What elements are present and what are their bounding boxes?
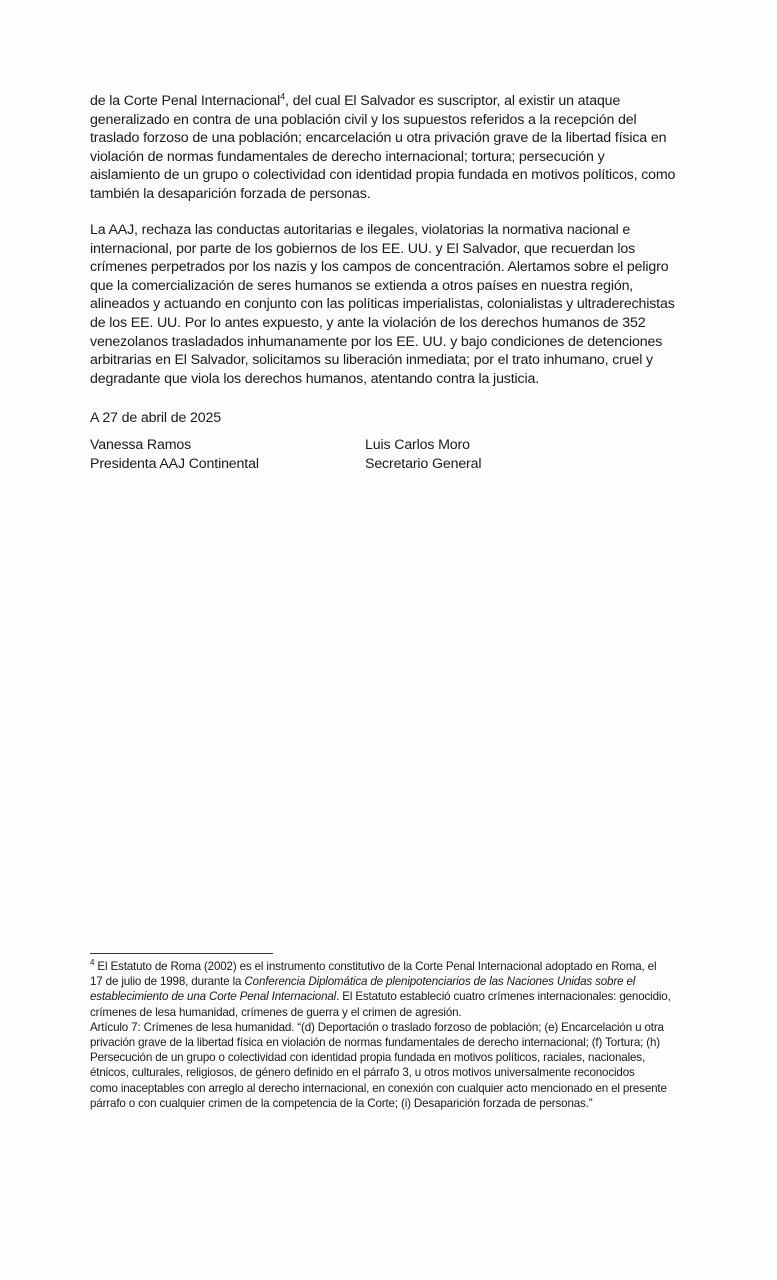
footnote-separator <box>90 953 273 954</box>
footnote-line: establecimiento de una Corte Penal Inter… <box>90 989 710 1004</box>
text-line: traslado forzoso de una población; encar… <box>90 129 710 148</box>
conference-title: Conferencia Diplomática de plenipotencia… <box>244 975 635 988</box>
footnote-article-line: Persecución de un grupo o colectividad c… <box>90 1050 710 1065</box>
text-line: de los EE. UU. Por lo antes expuesto, y … <box>90 314 710 333</box>
paragraph-rome-statute: de la Corte Penal Internacional4, del cu… <box>90 92 710 204</box>
footnote-line: 4 El Estatuto de Roma (2002) es el instr… <box>90 959 710 974</box>
conference-title-cont: establecimiento de una Corte Penal Inter… <box>90 990 336 1003</box>
signatory-title: Presidenta AAJ Continental <box>90 455 259 474</box>
signatory-title: Secretario General <box>365 455 481 474</box>
text-line: crímenes perpetrados por los nazis y los… <box>90 258 710 277</box>
footnote-article-line: privación grave de la libertad física en… <box>90 1035 710 1050</box>
text-line: aislamiento de un grupo o colectividad c… <box>90 166 710 185</box>
footnote-article-line: como inaceptables con arreglo al derecho… <box>90 1081 710 1096</box>
text-line: que la comercialización de seres humanos… <box>90 277 710 296</box>
signatory-name: Vanessa Ramos <box>90 436 259 455</box>
text-line: degradante que viola los derechos humano… <box>90 370 710 389</box>
text-line: generalizado en contra de una población … <box>90 111 710 130</box>
text-line: violación de normas fundamentales de der… <box>90 148 710 167</box>
footnote-article-line: párrafo o con cualquier crimen de la com… <box>90 1096 710 1111</box>
footnote-line: crímenes de lesa humanidad, crímenes de … <box>90 1005 710 1020</box>
footnote-line: 17 de julio de 1998, durante la Conferen… <box>90 974 710 989</box>
footnote-article-line: Artículo 7: Crímenes de lesa humanidad. … <box>90 1020 710 1035</box>
text-line: internacional, por parte de los gobierno… <box>90 240 710 259</box>
text-line: arbitrarias en El Salvador, solicitamos … <box>90 351 710 370</box>
document-page: de la Corte Penal Internacional4, del cu… <box>0 0 777 1280</box>
text-line: alineados y actuando en conjunto con las… <box>90 295 710 314</box>
text-line: La AAJ, rechaza las conductas autoritari… <box>90 221 710 240</box>
signatory-name: Luis Carlos Moro <box>365 436 481 455</box>
text-line: de la Corte Penal Internacional4, del cu… <box>90 92 710 111</box>
footnote-article-line: étnicos, culturales, religiosos, de géne… <box>90 1065 710 1080</box>
signature-block-secretary: Luis Carlos Moro Secretario General <box>365 436 481 473</box>
paragraph-aaj-statement: La AAJ, rechaza las conductas autoritari… <box>90 221 710 388</box>
footnote-4: 4 El Estatuto de Roma (2002) es el instr… <box>90 959 710 1111</box>
signature-block-president: Vanessa Ramos Presidenta AAJ Continental <box>90 436 259 473</box>
document-date: A 27 de abril de 2025 <box>90 409 710 428</box>
text-line: venezolanos trasladados inhumanamente po… <box>90 333 710 352</box>
text-line: también la desaparición forzada de perso… <box>90 185 710 204</box>
